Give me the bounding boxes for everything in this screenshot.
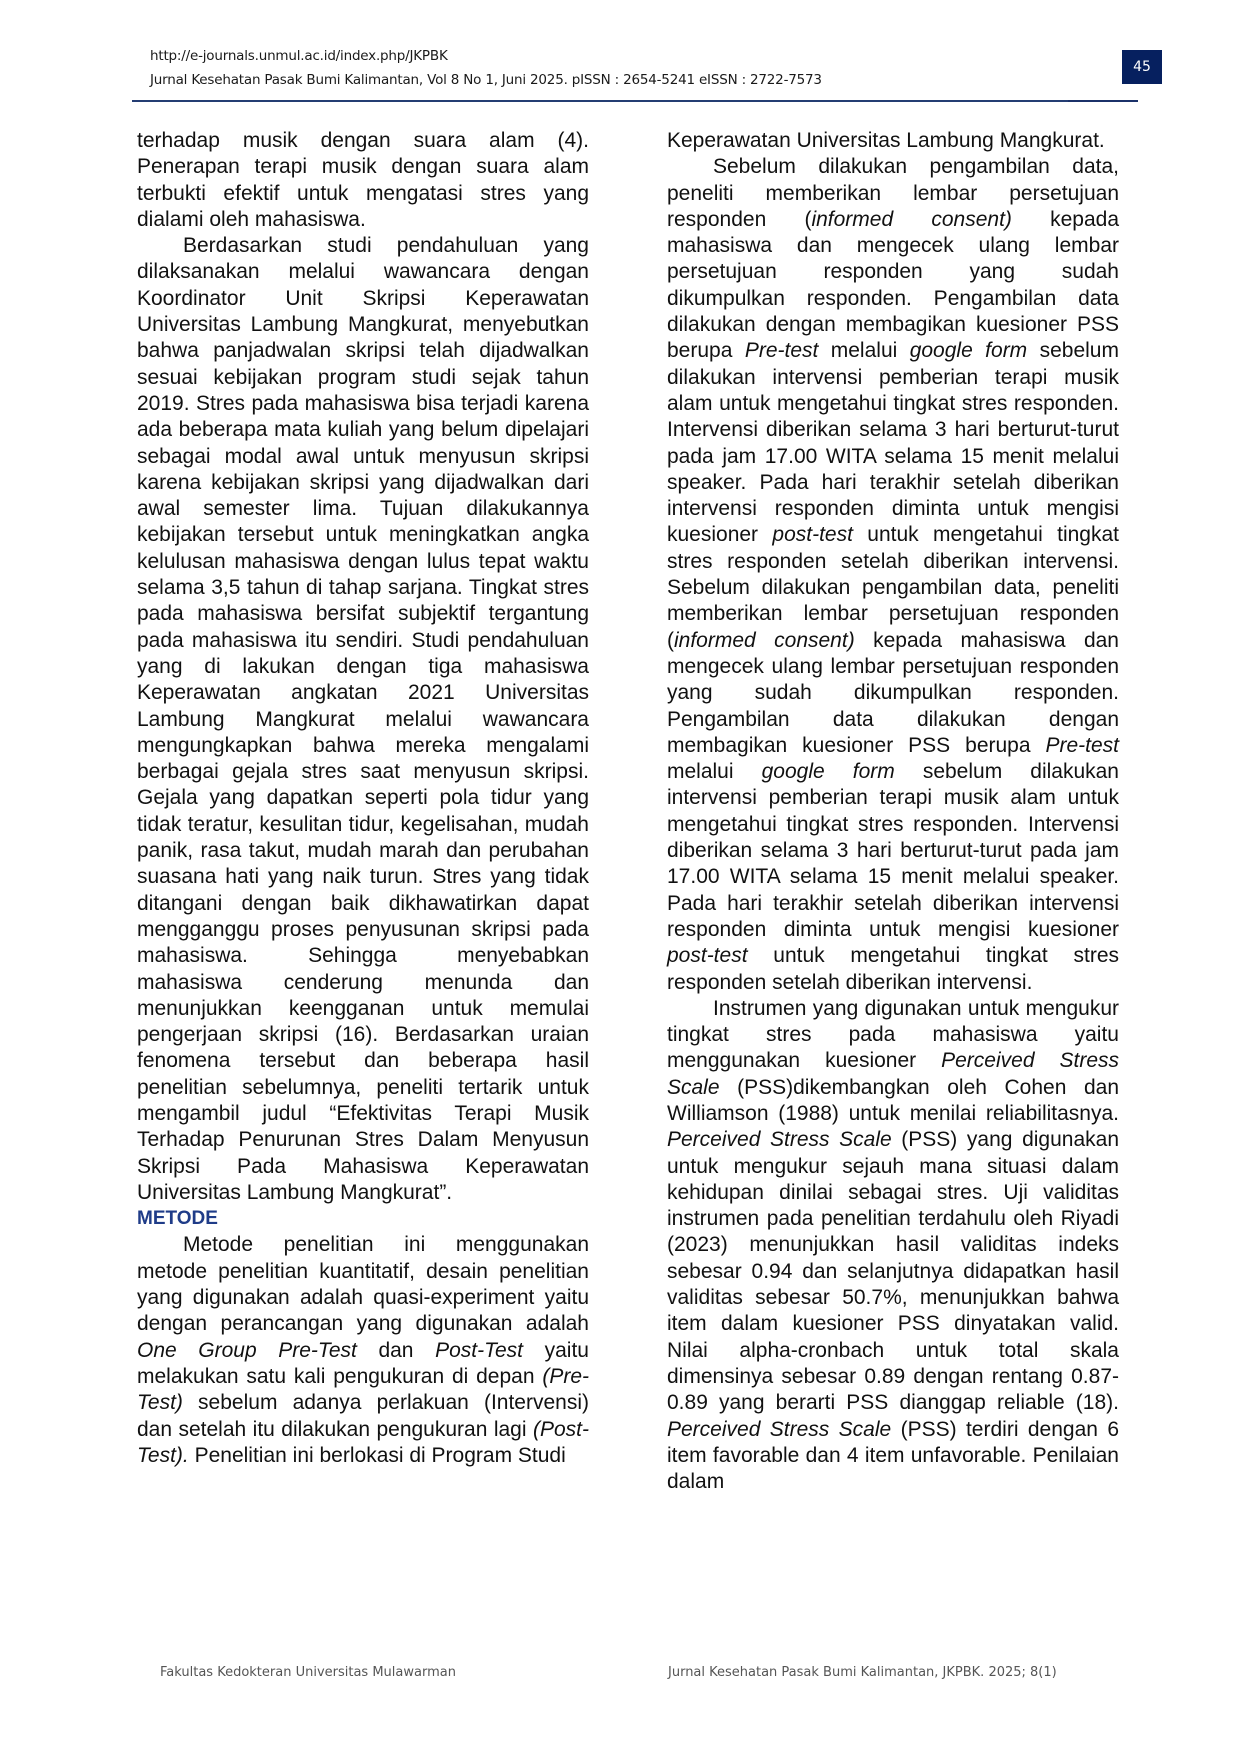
footer-citation: Jurnal Kesehatan Pasak Bumi Kalimantan, … — [668, 1665, 1057, 1680]
footer-institution: Fakultas Kedokteran Universitas Mulawarm… — [160, 1665, 456, 1680]
header-divider-accent — [1068, 100, 1138, 102]
left-column: terhadap musik dengan suara alam (4). Pe… — [137, 128, 589, 1469]
paragraph: terhadap musik dengan suara alam (4). Pe… — [137, 128, 589, 233]
header-divider — [132, 100, 1132, 102]
paragraph: Berdasarkan studi pendahuluan yang dilak… — [137, 233, 589, 1206]
paragraph: Instrumen yang digunakan untuk mengukur … — [667, 996, 1119, 1496]
page-number-badge: 45 — [1122, 50, 1162, 84]
paragraph: Keperawatan Universitas Lambung Mangkura… — [667, 128, 1119, 154]
section-heading: METODE — [137, 1206, 589, 1232]
right-column: Keperawatan Universitas Lambung Mangkura… — [667, 128, 1119, 1495]
paragraph: Metode penelitian ini menggunakan metode… — [137, 1232, 589, 1469]
running-header: http://e-journals.unmul.ac.id/index.php/… — [150, 44, 1050, 92]
paragraph: Sebelum dilakukan pengambilan data, pene… — [667, 154, 1119, 996]
journal-citation-line: Jurnal Kesehatan Pasak Bumi Kalimantan, … — [150, 68, 1050, 92]
journal-url[interactable]: http://e-journals.unmul.ac.id/index.php/… — [150, 44, 1050, 68]
